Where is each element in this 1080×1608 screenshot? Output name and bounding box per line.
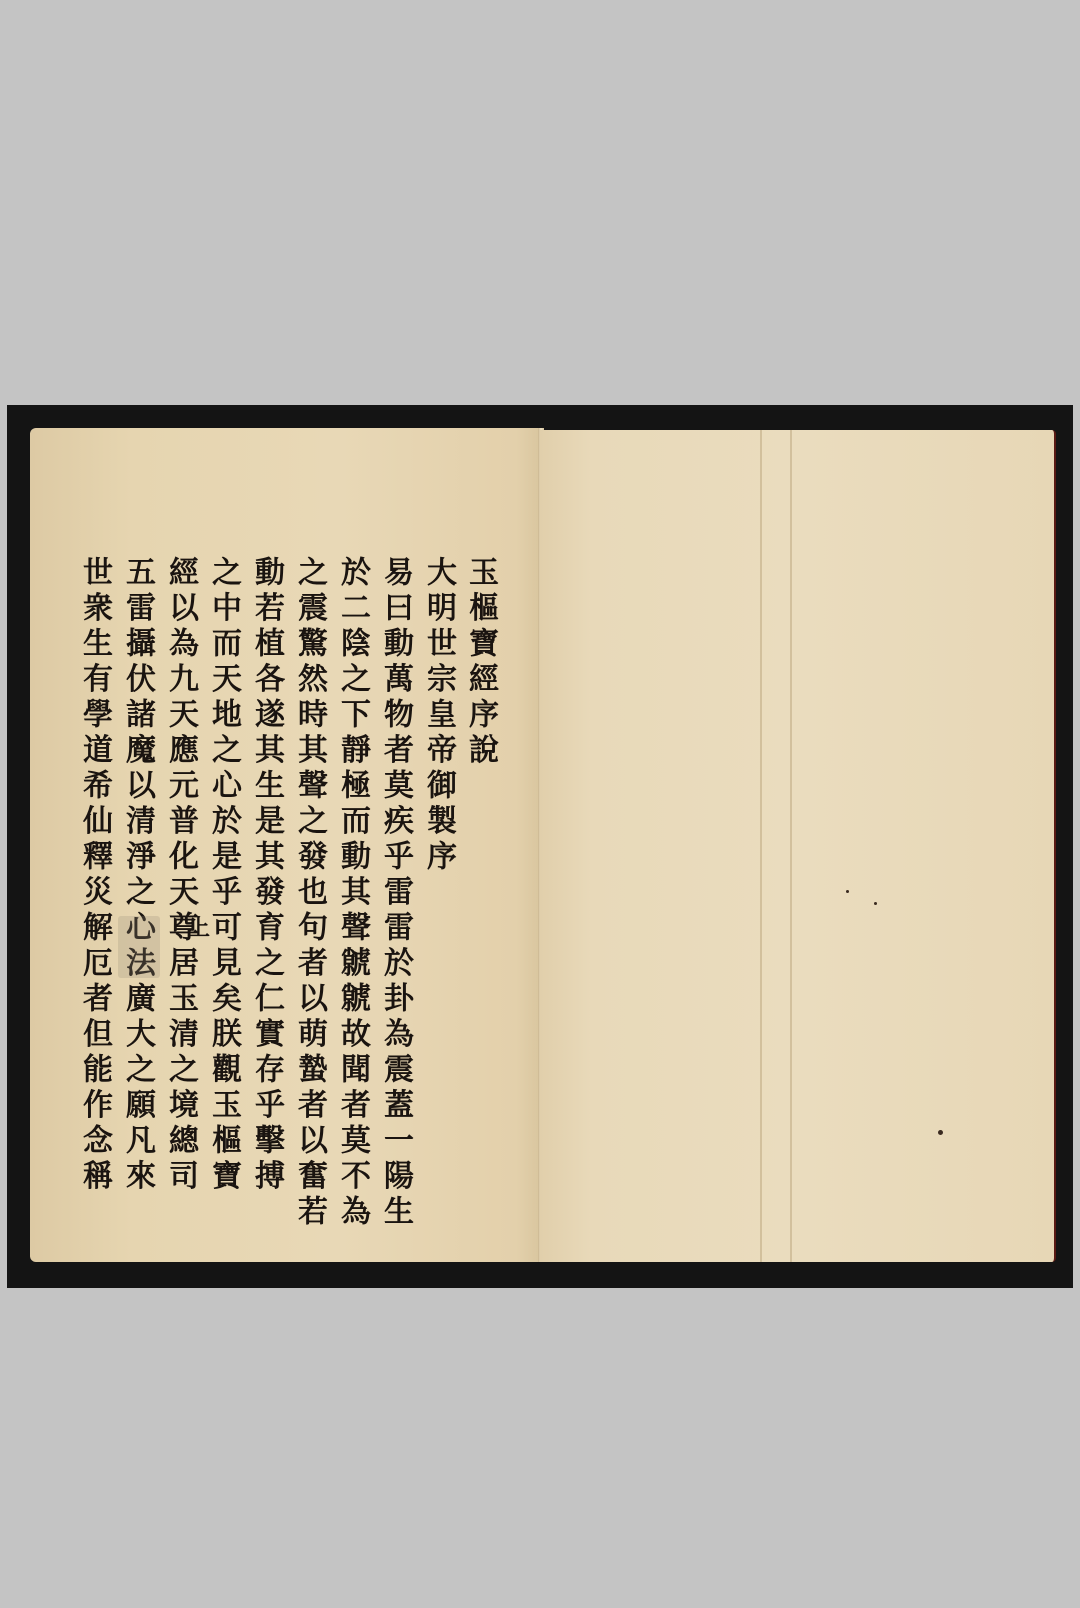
paper-stain xyxy=(118,916,160,978)
left-page: 玉樞寶經序說 大明世宗皇帝御製序 易曰動萬物者莫疾乎雷雷於卦為震蓋一陽生 於二陰… xyxy=(30,428,542,1262)
paper-speck xyxy=(846,890,849,893)
text-column-title: 玉樞寶經序說 xyxy=(460,556,500,769)
text-column-6: 動若植各遂其生是其發育之仁實存乎擊搏 xyxy=(246,556,286,1195)
interlinear-note: 上 xyxy=(188,911,210,942)
fold-line xyxy=(760,430,762,1262)
fold-line xyxy=(790,430,792,1262)
text-column-3: 易曰動萬物者莫疾乎雷雷於卦為震蓋一陽生 xyxy=(375,556,415,1231)
text-column-9: 五雷攝伏諸魔以清淨之心法廣大之願凡來 xyxy=(117,556,157,1195)
paper-speck xyxy=(874,902,877,905)
text-column-5: 之震驚然時其聲之發也句者以萌蟄者以奮若 xyxy=(289,556,329,1231)
text-column-2: 大明世宗皇帝御製序 xyxy=(418,556,458,876)
paper-speck xyxy=(938,1130,943,1135)
text-column-4: 於二陰之下靜極而動其聲虩虩故聞者莫不為 xyxy=(332,556,372,1231)
right-page xyxy=(540,430,1056,1262)
text-column-8: 經以為九天應元普化天尊居玉清之境總司 xyxy=(160,556,200,1195)
text-column-10: 世衆生有學道希仙釋災解厄者但能作念稱 xyxy=(74,556,114,1195)
text-column-7: 之中而天地之心於是乎可見矣朕觀玉樞寶 xyxy=(203,556,243,1195)
